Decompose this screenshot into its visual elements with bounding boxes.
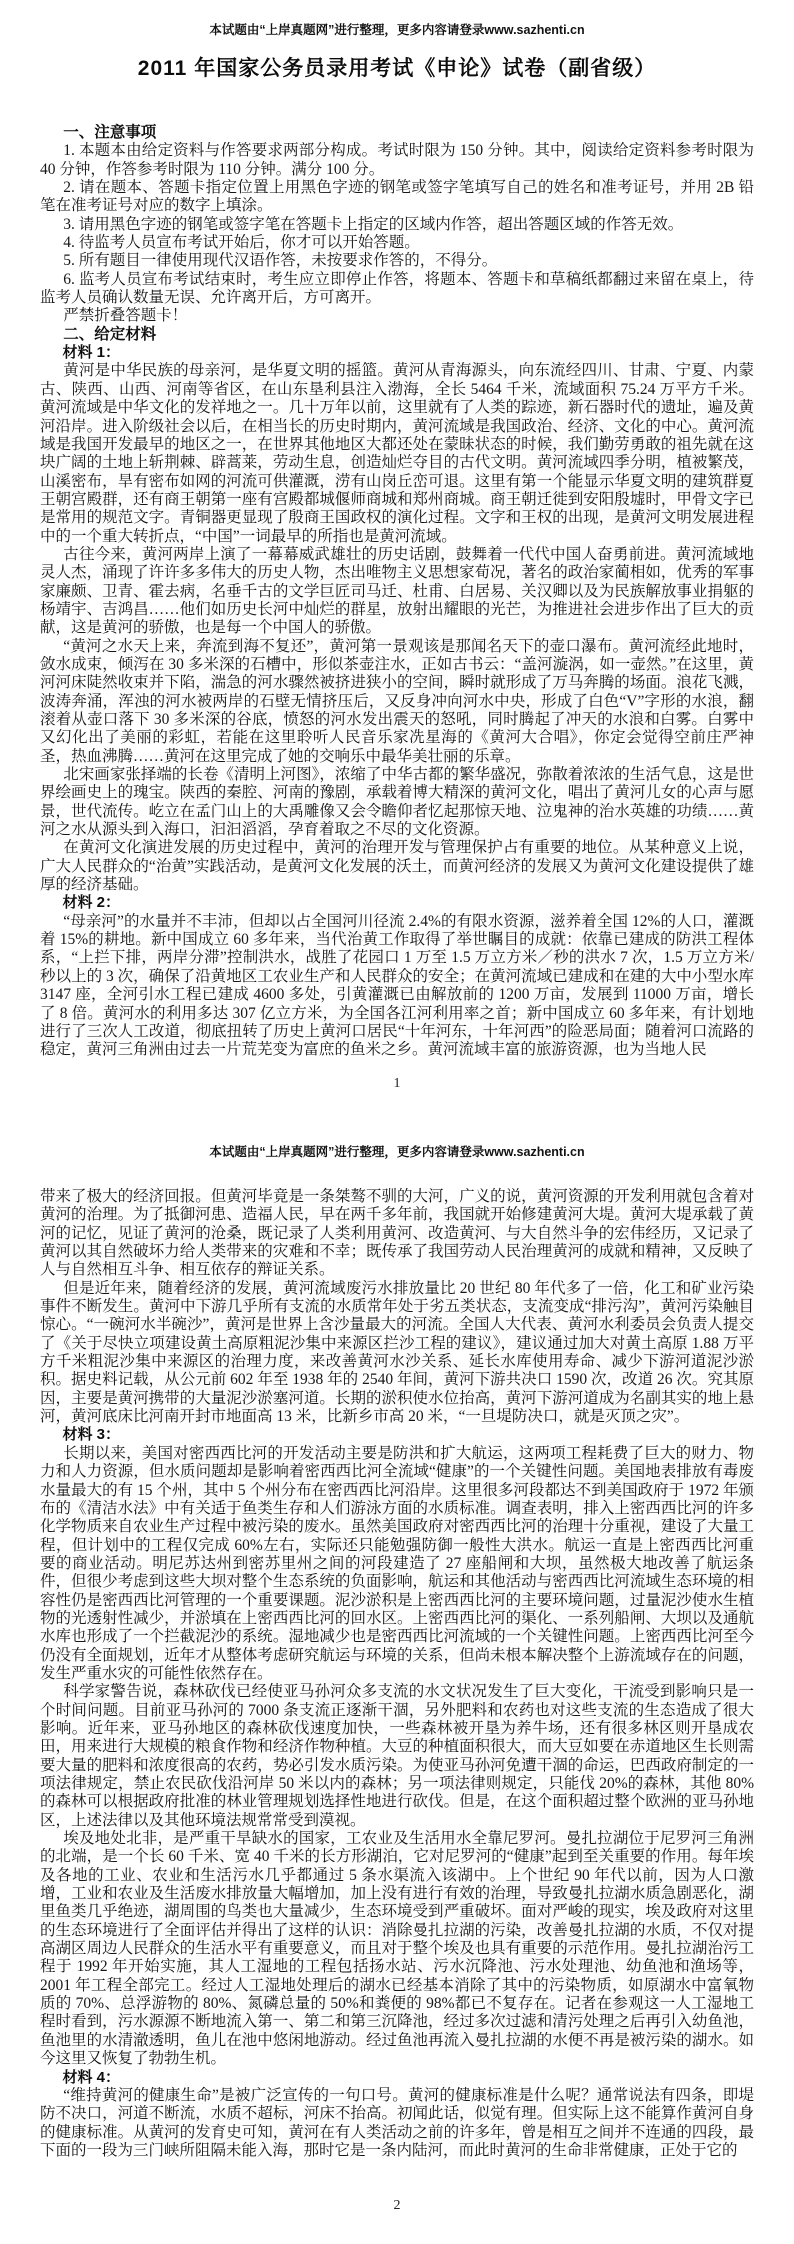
material1-paragraph-3: “黄河之水天上来，奔流到海不复还”，黄河第一景观该是那闻名天下的壶口瀑布。黄河流… (40, 638, 754, 766)
notice-item-2: 2. 请在题本、答题卡指定位置上用黑色字迹的钢笔或签字笔填写自己的姓名和准考证号… (40, 179, 754, 216)
material4-paragraph-1: “维持黄河的健康生命”是被广泛宣传的一句口号。黄河的健康标准是什么呢？通常说法有… (40, 2087, 754, 2160)
material1-label: 材料 1： (40, 344, 754, 362)
material3-paragraph-2: 科学家警告说，森林砍伐已经使亚马孙河众多支流的水文状况发生了巨大变化，干流受到影… (40, 1683, 754, 1830)
page-2: 本试题由“上岸真题网”进行整理，更多内容请登录www.sazhenti.cn 带… (0, 1122, 794, 2244)
material3-paragraph-1: 长期以来，美国对密西西比河的开发活动主要是防洪和扩大航运，这两项工程耗费了巨大的… (40, 1445, 754, 1683)
material2-paragraph-1-continued: 带来了极大的经济回报。但黄河毕竟是一条桀骜不驯的大河，广义的说，黄河资源的开发利… (40, 1188, 754, 1280)
material1-paragraph-5: 在黄河文化演进发展的历史过程中，黄河的治理开发与管理保护占有重要的地位。从某种意… (40, 839, 754, 894)
material1-paragraph-2: 古往今来，黄河两岸上演了一幕幕威武雄壮的历史话剧，鼓舞着一代代中国人奋勇前进。黄… (40, 546, 754, 638)
material2-label: 材料 2： (40, 894, 754, 912)
page2-content: 带来了极大的经济回报。但黄河毕竟是一条桀骜不驯的大河，广义的说，黄河资源的开发利… (0, 1188, 794, 2160)
material2-paragraph-1: “母亲河”的水量并不丰沛，但却以占全国河川径流 2.4%的有限水资源，滋养着全国… (40, 913, 754, 1060)
page-number-2: 2 (0, 2198, 794, 2214)
page-1: 本试题由“上岸真题网”进行整理，更多内容请登录www.sazhenti.cn 2… (0, 0, 794, 1122)
material3-label: 材料 3： (40, 1426, 754, 1444)
notice-item-1: 1. 本题本由给定资料与作答要求两部分构成。考试时限为 150 分钟。其中，阅读… (40, 142, 754, 179)
document-title: 2011 年国家公务员录用考试《申论》试卷（副省级） (0, 52, 794, 82)
notice-section-heading: 一、注意事项 (40, 124, 754, 142)
material1-paragraph-1: 黄河是中华民族的母亲河，是华夏文明的摇篮。黄河从青海源头，向东流经四川、甘肃、宁… (40, 362, 754, 545)
no-fold-warning: 严禁折叠答题卡！ (40, 307, 754, 325)
page1-content: 一、注意事项 1. 本题本由给定资料与作答要求两部分构成。考试时限为 150 分… (0, 124, 794, 1060)
material1-paragraph-4: 北宋画家张择端的长卷《清明上河图》，浓缩了中华古都的繁华盛况，弥散着浓浓的生活气… (40, 766, 754, 839)
material2-paragraph-2: 但是近年来，随着经济的发展，黄河流域废污水排放量比 20 世纪 80 年代多了一… (40, 1280, 754, 1427)
notice-item-5: 5. 所有题目一律使用现代汉语作答，未按要求作答的，不得分。 (40, 252, 754, 270)
materials-section-heading: 二、给定材料 (40, 326, 754, 344)
notice-item-3: 3. 请用黑色字迹的钢笔或签字笔在答题卡上指定的区域内作答，超出答题区域的作答无… (40, 216, 754, 234)
material4-label: 材料 4： (40, 2069, 754, 2087)
notice-item-4: 4. 待监考人员宣布考试开始后，你才可以开始答题。 (40, 234, 754, 252)
material3-paragraph-3: 埃及地处北非，是严重干旱缺水的国家，工农业及生活用水全靠尼罗河。曼扎拉湖位于尼罗… (40, 1830, 754, 2068)
page-number-1: 1 (0, 1076, 794, 1092)
notice-item-6: 6. 监考人员宣布考试结束时，考生应立即停止作答，将题本、答题卡和草稿纸都翻过来… (40, 271, 754, 308)
source-banner-page2: 本试题由“上岸真题网”进行整理，更多内容请登录www.sazhenti.cn (0, 1122, 794, 1160)
source-banner: 本试题由“上岸真题网”进行整理，更多内容请登录www.sazhenti.cn (0, 0, 794, 38)
